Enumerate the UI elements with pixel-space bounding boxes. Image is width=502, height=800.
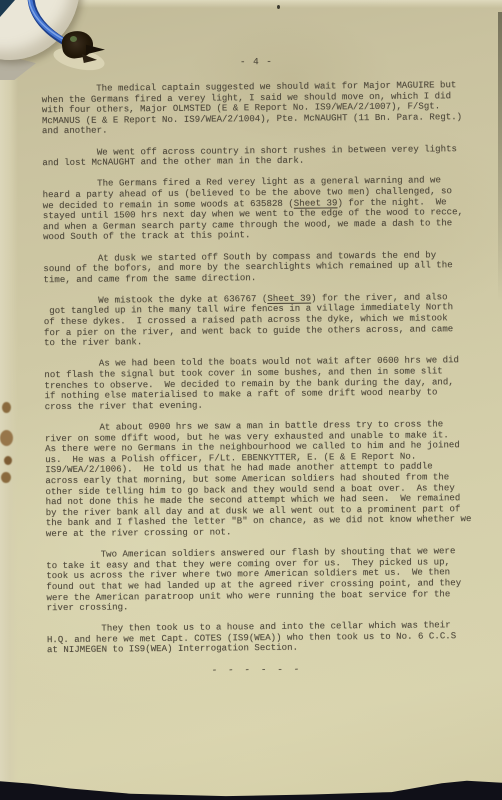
foxing-stain: [2, 402, 11, 413]
paragraph: We mistook the dyke at 636767 (Sheet 39)…: [44, 292, 496, 349]
paragraph: We went off across country in short rush…: [42, 143, 494, 169]
paragraph: Two American soldiers answered our flash…: [46, 546, 499, 614]
foxing-stain: [1, 472, 11, 483]
paragraph: At dusk we started off South by compass …: [43, 249, 495, 285]
paper-left-edge: [0, 58, 18, 788]
report-paragraphs: The medical captain suggested we should …: [42, 80, 499, 656]
paragraph: The Germans fired a Red verey light as a…: [43, 175, 496, 243]
scanned-report-page: - 4 - The medical captain suggested we s…: [0, 0, 502, 800]
ink-speck: [277, 5, 280, 9]
paragraph: They then took us to a house and into th…: [47, 620, 499, 656]
paragraph: As we had been told the boats would not …: [44, 355, 496, 412]
foxing-stain: [4, 456, 12, 465]
paper-right-edge-shadow: [498, 12, 502, 302]
typed-content: - 4 - The medical captain suggested we s…: [41, 54, 499, 677]
paragraph: The medical captain suggested we should …: [42, 80, 494, 137]
cord-through-hole: [70, 36, 77, 42]
foxing-stain: [0, 430, 13, 446]
paragraph: At about 0900 hrs we saw a man in battle…: [45, 419, 498, 540]
